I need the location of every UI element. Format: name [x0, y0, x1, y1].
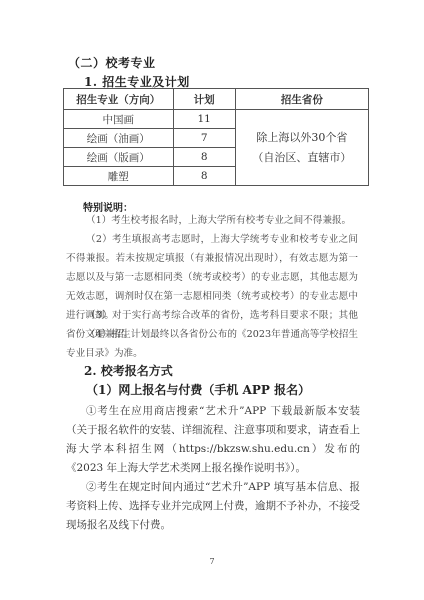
note-item-4: （4）招生计划最终以各省份公布的《2023年普通高等学校招生专业目录》为准。	[66, 325, 358, 363]
page-number: 7	[0, 557, 424, 566]
cell-plan: 8	[173, 167, 235, 186]
registration-subheading: （1）网上报名与付费（手机 APP 报名）	[86, 381, 310, 398]
note-item-1: （1）考生校考报名时，上海大学所有校考专业之间不得兼报。	[66, 211, 358, 230]
cell-plan: 7	[173, 129, 235, 148]
enrollment-plan-table: 招生专业（方向） 计划 招生省份 中国画 11 除上海以外30个省 （自治区、直…	[63, 88, 369, 186]
document-page: （二）校考专业 1. 招生专业及计划 招生专业（方向） 计划 招生省份 中国画 …	[0, 0, 424, 600]
cell-plan: 11	[173, 110, 235, 129]
cell-major: 中国画	[64, 110, 174, 129]
cell-provinces: 除上海以外30个省 （自治区、直辖市）	[235, 110, 368, 186]
header-provinces: 招生省份	[235, 89, 368, 110]
provinces-line2: （自治区、直辖市）	[236, 148, 368, 168]
cell-major: 绘画（版画）	[64, 148, 174, 167]
header-major: 招生专业（方向）	[64, 89, 174, 110]
registration-paragraph-2: ②考生在规定时间内通过“艺术升”APP 填写基本信息、报考资料上传、选择专业并完…	[66, 478, 360, 535]
registration-paragraph-1: ①考生在应用商店搜索“艺术升”APP 下载最新版本安装（关于报名软件的安装、详细…	[66, 402, 360, 478]
registration-heading: 2. 校考报名方式	[84, 362, 173, 379]
cell-plan: 8	[173, 148, 235, 167]
cell-major: 绘画（油画）	[64, 129, 174, 148]
header-plan: 计划	[173, 89, 235, 110]
table-row: 中国画 11 除上海以外30个省 （自治区、直辖市）	[64, 110, 369, 129]
table-header-row: 招生专业（方向） 计划 招生省份	[64, 89, 369, 110]
cell-major: 雕塑	[64, 167, 174, 186]
provinces-line1: 除上海以外30个省	[236, 128, 368, 148]
section-heading: （二）校考专业	[68, 54, 156, 71]
